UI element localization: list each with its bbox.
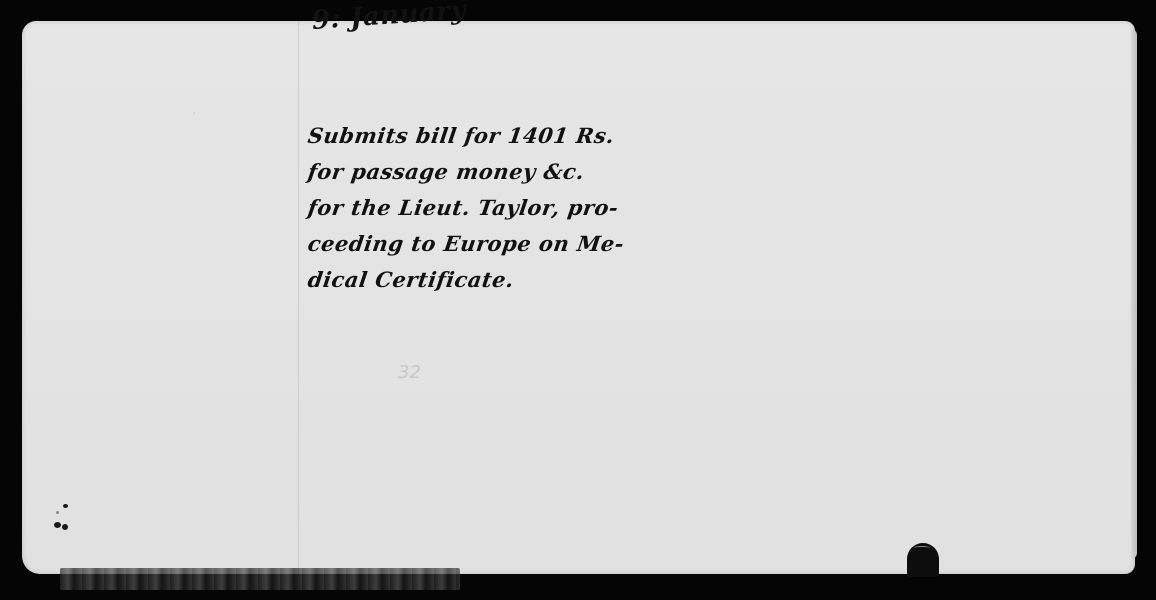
note-line-1: Submits bill for 1401 Rs. xyxy=(305,118,626,154)
page-number: 32 xyxy=(398,362,421,383)
fold-line xyxy=(298,21,299,574)
ink-dot xyxy=(56,511,59,514)
ink-dot xyxy=(54,522,61,528)
ink-dot xyxy=(62,524,68,530)
note-line-5: dical Certificate. xyxy=(305,262,626,298)
ink-dot xyxy=(63,504,68,508)
note-line-2: for passage money &c. xyxy=(305,154,626,190)
wax-seal-remnant xyxy=(907,543,939,577)
docket-note: Submits bill for 1401 Rs. for passage mo… xyxy=(308,118,624,298)
faint-smudge: · xyxy=(192,106,196,122)
note-line-3: for the Lieut. Taylor, pro- xyxy=(305,190,626,226)
note-line-4: ceeding to Europe on Me- xyxy=(305,226,626,262)
torn-bottom-edge xyxy=(60,568,460,590)
margin-ink-marks xyxy=(50,500,70,540)
